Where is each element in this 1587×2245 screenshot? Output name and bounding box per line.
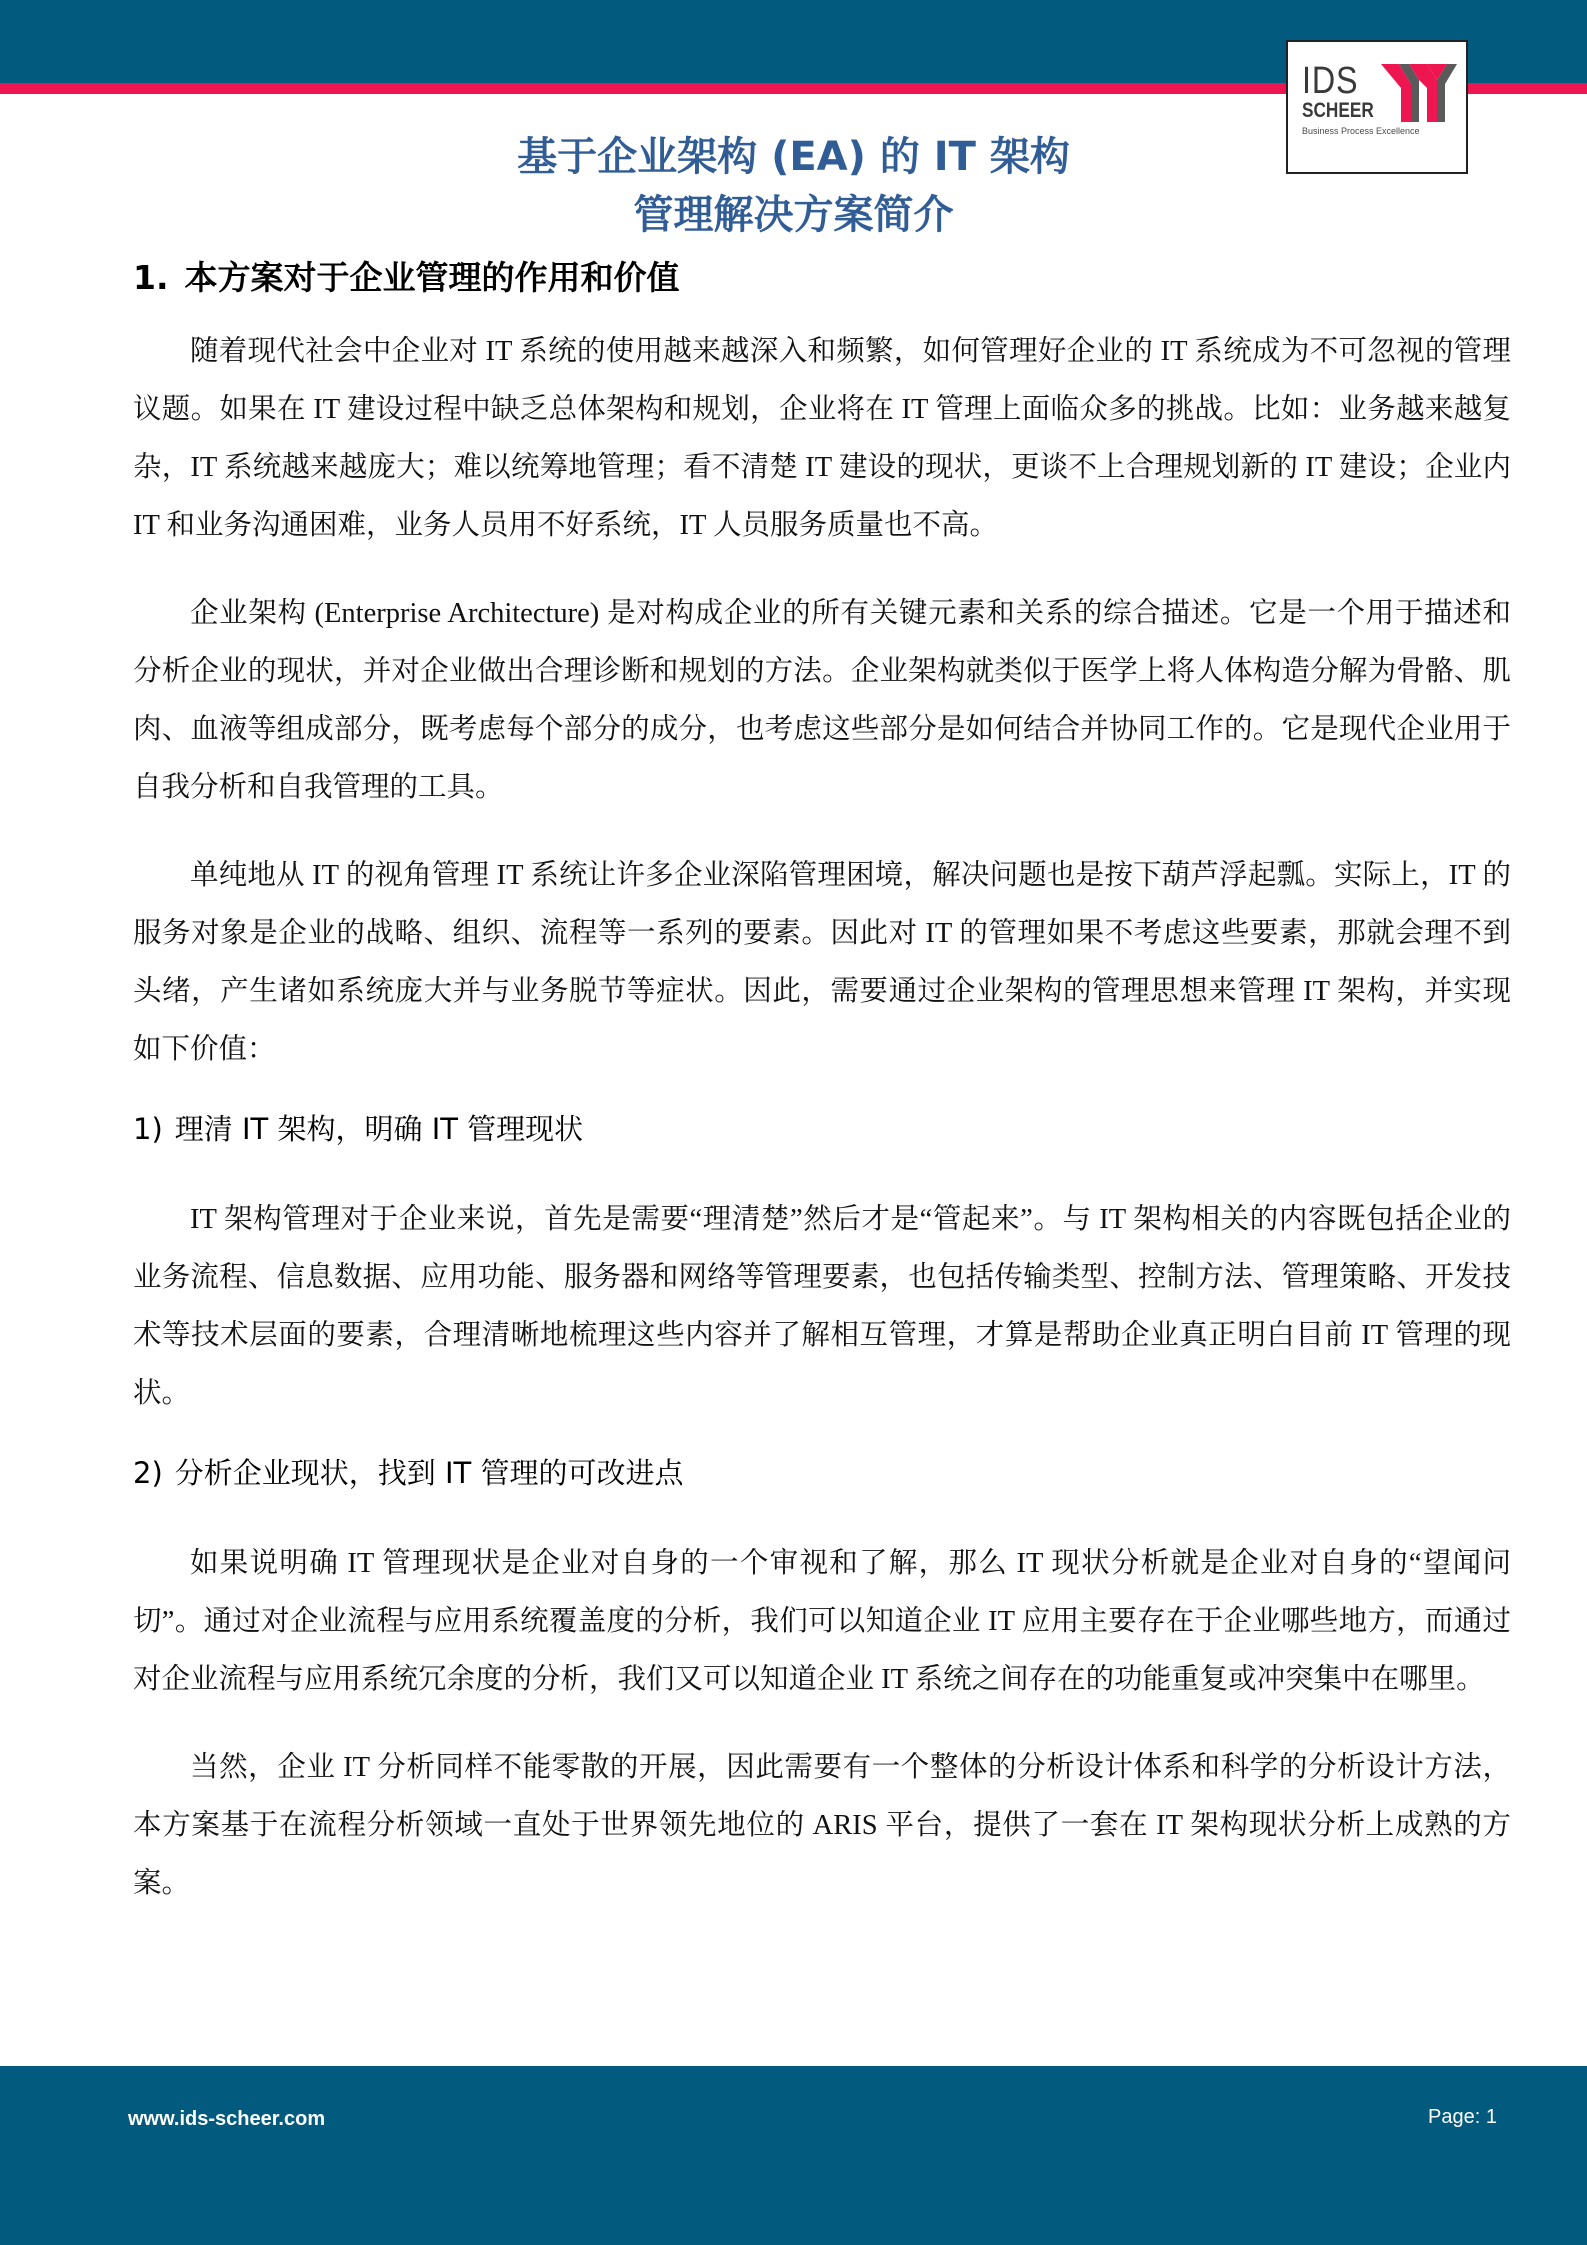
subsection-number: 2): [133, 1456, 163, 1490]
footer-website-link[interactable]: www.ids-scheer.com: [128, 2108, 325, 2131]
section-heading: 1.本方案对于企业管理的作用和价值: [133, 258, 1511, 298]
double-y-logo-icon: [1381, 64, 1457, 122]
paragraph: 企业架构 (Enterprise Architecture) 是对构成企业的所有…: [133, 585, 1511, 817]
paragraph: 单纯地从 IT 的视角管理 IT 系统让许多企业深陷管理困境，解决问题也是按下葫…: [133, 847, 1511, 1079]
subsection-heading: 2)分析企业现状，找到 IT 管理的可改进点: [133, 1453, 1511, 1493]
document-title-line-1: 基于企业架构 (EA) 的 IT 架构: [0, 128, 1587, 186]
section-number: 1.: [133, 258, 169, 297]
paragraph: 随着现代社会中企业对 IT 系统的使用越来越深入和频繁，如何管理好企业的 IT …: [133, 323, 1511, 555]
section-heading-text: 本方案对于企业管理的作用和价值: [185, 258, 680, 297]
document-title-line-2: 管理解决方案简介: [0, 186, 1587, 244]
paragraph: 如果说明确 IT 管理现状是企业对自身的一个审视和了解，那么 IT 现状分析就是…: [133, 1535, 1511, 1709]
logo-primary-text: IDS: [1302, 62, 1358, 100]
document-title: 基于企业架构 (EA) 的 IT 架构 管理解决方案简介: [0, 128, 1587, 244]
subsection-number: 1): [133, 1112, 163, 1146]
paragraph: IT 架构管理对于企业来说，首先是需要“理清楚”然后才是“管起来”。与 IT 架…: [133, 1191, 1511, 1423]
document-body: 1.本方案对于企业管理的作用和价值 随着现代社会中企业对 IT 系统的使用越来越…: [133, 258, 1511, 1943]
footer-band: www.ids-scheer.com Page: 1: [0, 2066, 1587, 2245]
subsection-heading-text: 理清 IT 架构，明确 IT 管理现状: [175, 1112, 583, 1146]
page-number: Page: 1: [1428, 2106, 1497, 2129]
logo-secondary-text: SCHEER: [1302, 100, 1374, 121]
subsection-heading: 1)理清 IT 架构，明确 IT 管理现状: [133, 1109, 1511, 1149]
subsection-heading-text: 分析企业现状，找到 IT 管理的可改进点: [175, 1456, 684, 1490]
paragraph: 当然，企业 IT 分析同样不能零散的开展，因此需要有一个整体的分析设计体系和科学…: [133, 1739, 1511, 1913]
